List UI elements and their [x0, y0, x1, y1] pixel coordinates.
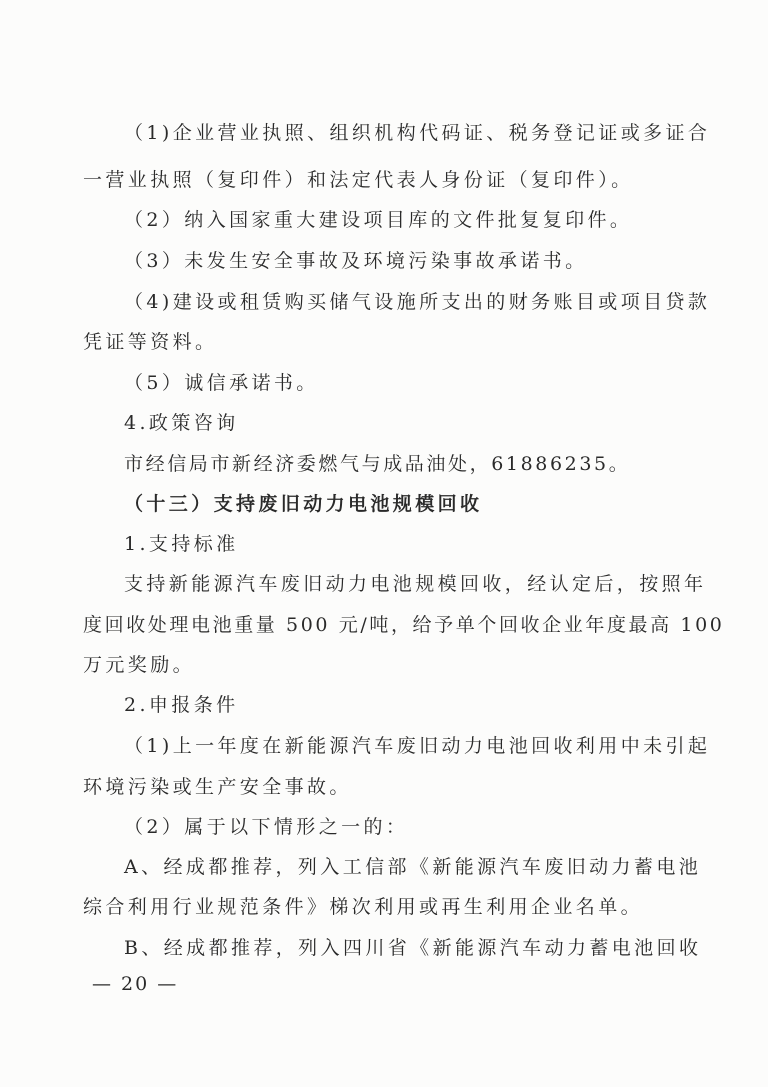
- paragraph-line-16: （1)上一年度在新能源汽车废旧动力电池回收利用中未引起: [124, 734, 688, 758]
- document-page: （1)企业营业执照、组织机构代码证、税务登记证或多证合 一营业执照（复印件）和法…: [0, 0, 768, 1087]
- paragraph-line-7: （5）诚信承诺书。: [124, 371, 688, 395]
- paragraph-line-2: 一营业执照（复印件）和法定代表人身份证（复印件）。: [83, 168, 688, 192]
- page-number: — 20 —: [92, 972, 178, 996]
- paragraph-line-20: 综合利用行业规范条件》梯次利用或再生利用企业名单。: [83, 895, 688, 919]
- paragraph-line-18: （2）属于以下情形之一的：: [124, 815, 688, 839]
- paragraph-line-1: （1)企业营业执照、组织机构代码证、税务登记证或多证合: [124, 121, 688, 145]
- section-subheading-policy-consult: 4.政策咨询: [124, 411, 688, 435]
- paragraph-line-12: 支持新能源汽车废旧动力电池规模回收，经认定后，按照年: [124, 572, 688, 596]
- paragraph-line-6: 凭证等资料。: [83, 330, 688, 354]
- paragraph-line-21: B、经成都推荐，列入四川省《新能源汽车动力蓄电池回收: [124, 936, 688, 960]
- paragraph-line-5: （4)建设或租赁购买储气设施所支出的财务账目或项目贷款: [124, 290, 688, 314]
- paragraph-line-19: A、经成都推荐，列入工信部《新能源汽车废旧动力蓄电池: [124, 855, 688, 879]
- contact-line: 市经信局市新经济委燃气与成品油处，61886235。: [124, 452, 688, 476]
- paragraph-line-17: 环境污染或生产安全事故。: [83, 775, 688, 799]
- section-subheading-support-standard: 1.支持标准: [124, 532, 688, 556]
- section-heading-13: （十三）支持废旧动力电池规模回收: [124, 492, 688, 516]
- paragraph-line-4: （3）未发生安全事故及环境污染事故承诺书。: [124, 249, 688, 273]
- paragraph-line-13: 度回收处理电池重量 500 元/吨，给予单个回收企业年度最高 100: [83, 613, 688, 637]
- section-subheading-application-conditions: 2.申报条件: [124, 693, 688, 717]
- paragraph-line-14: 万元奖励。: [83, 653, 688, 677]
- paragraph-line-3: （2）纳入国家重大建设项目库的文件批复复印件。: [124, 208, 688, 232]
